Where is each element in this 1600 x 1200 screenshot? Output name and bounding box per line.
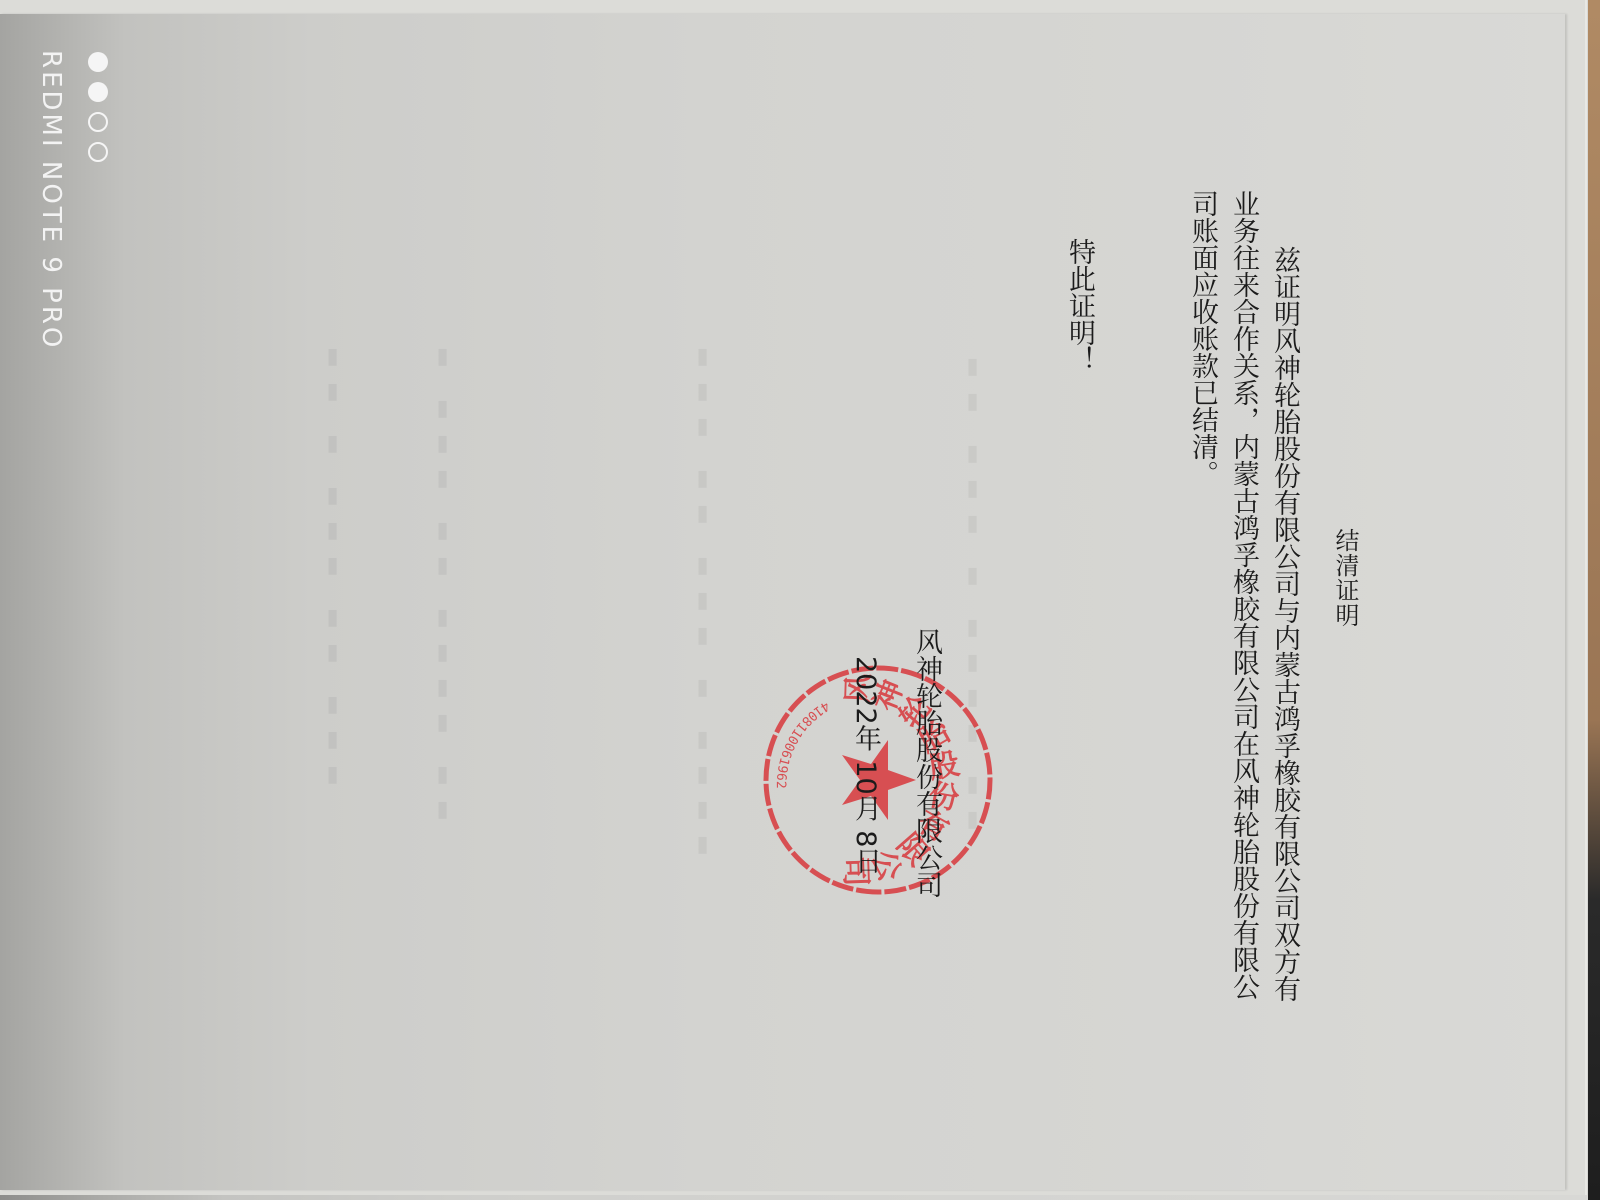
signature-company: 风神轮胎股份有限公司 [913,628,940,898]
closing-statement: 特此证明！ [1066,238,1093,373]
document-content: 结清证明 兹证明风神轮胎股份有限公司与内蒙古鸿孚橡胶有限公司双方有业务往来合作关… [0,0,1600,1200]
certificate-body: 兹证明风神轮胎股份有限公司与内蒙古鸿孚橡胶有限公司双方有业务往来合作关系，内蒙古… [1140,190,1305,1010]
camera-watermark-dots [88,52,118,162]
document-title: 结清证明 [1333,528,1357,628]
watermark-dot-icon [88,142,108,162]
seal-number: 4108110061962 [773,698,832,789]
watermark-dot-icon [88,52,108,72]
camera-watermark: REDMI NOTE 9 PRO [38,50,64,350]
signature-date: 2022年 10月 8日 [852,656,879,874]
watermark-dot-icon [88,82,108,102]
watermark-dot-icon [88,112,108,132]
svg-text:4108110061962: 4108110061962 [773,698,832,789]
